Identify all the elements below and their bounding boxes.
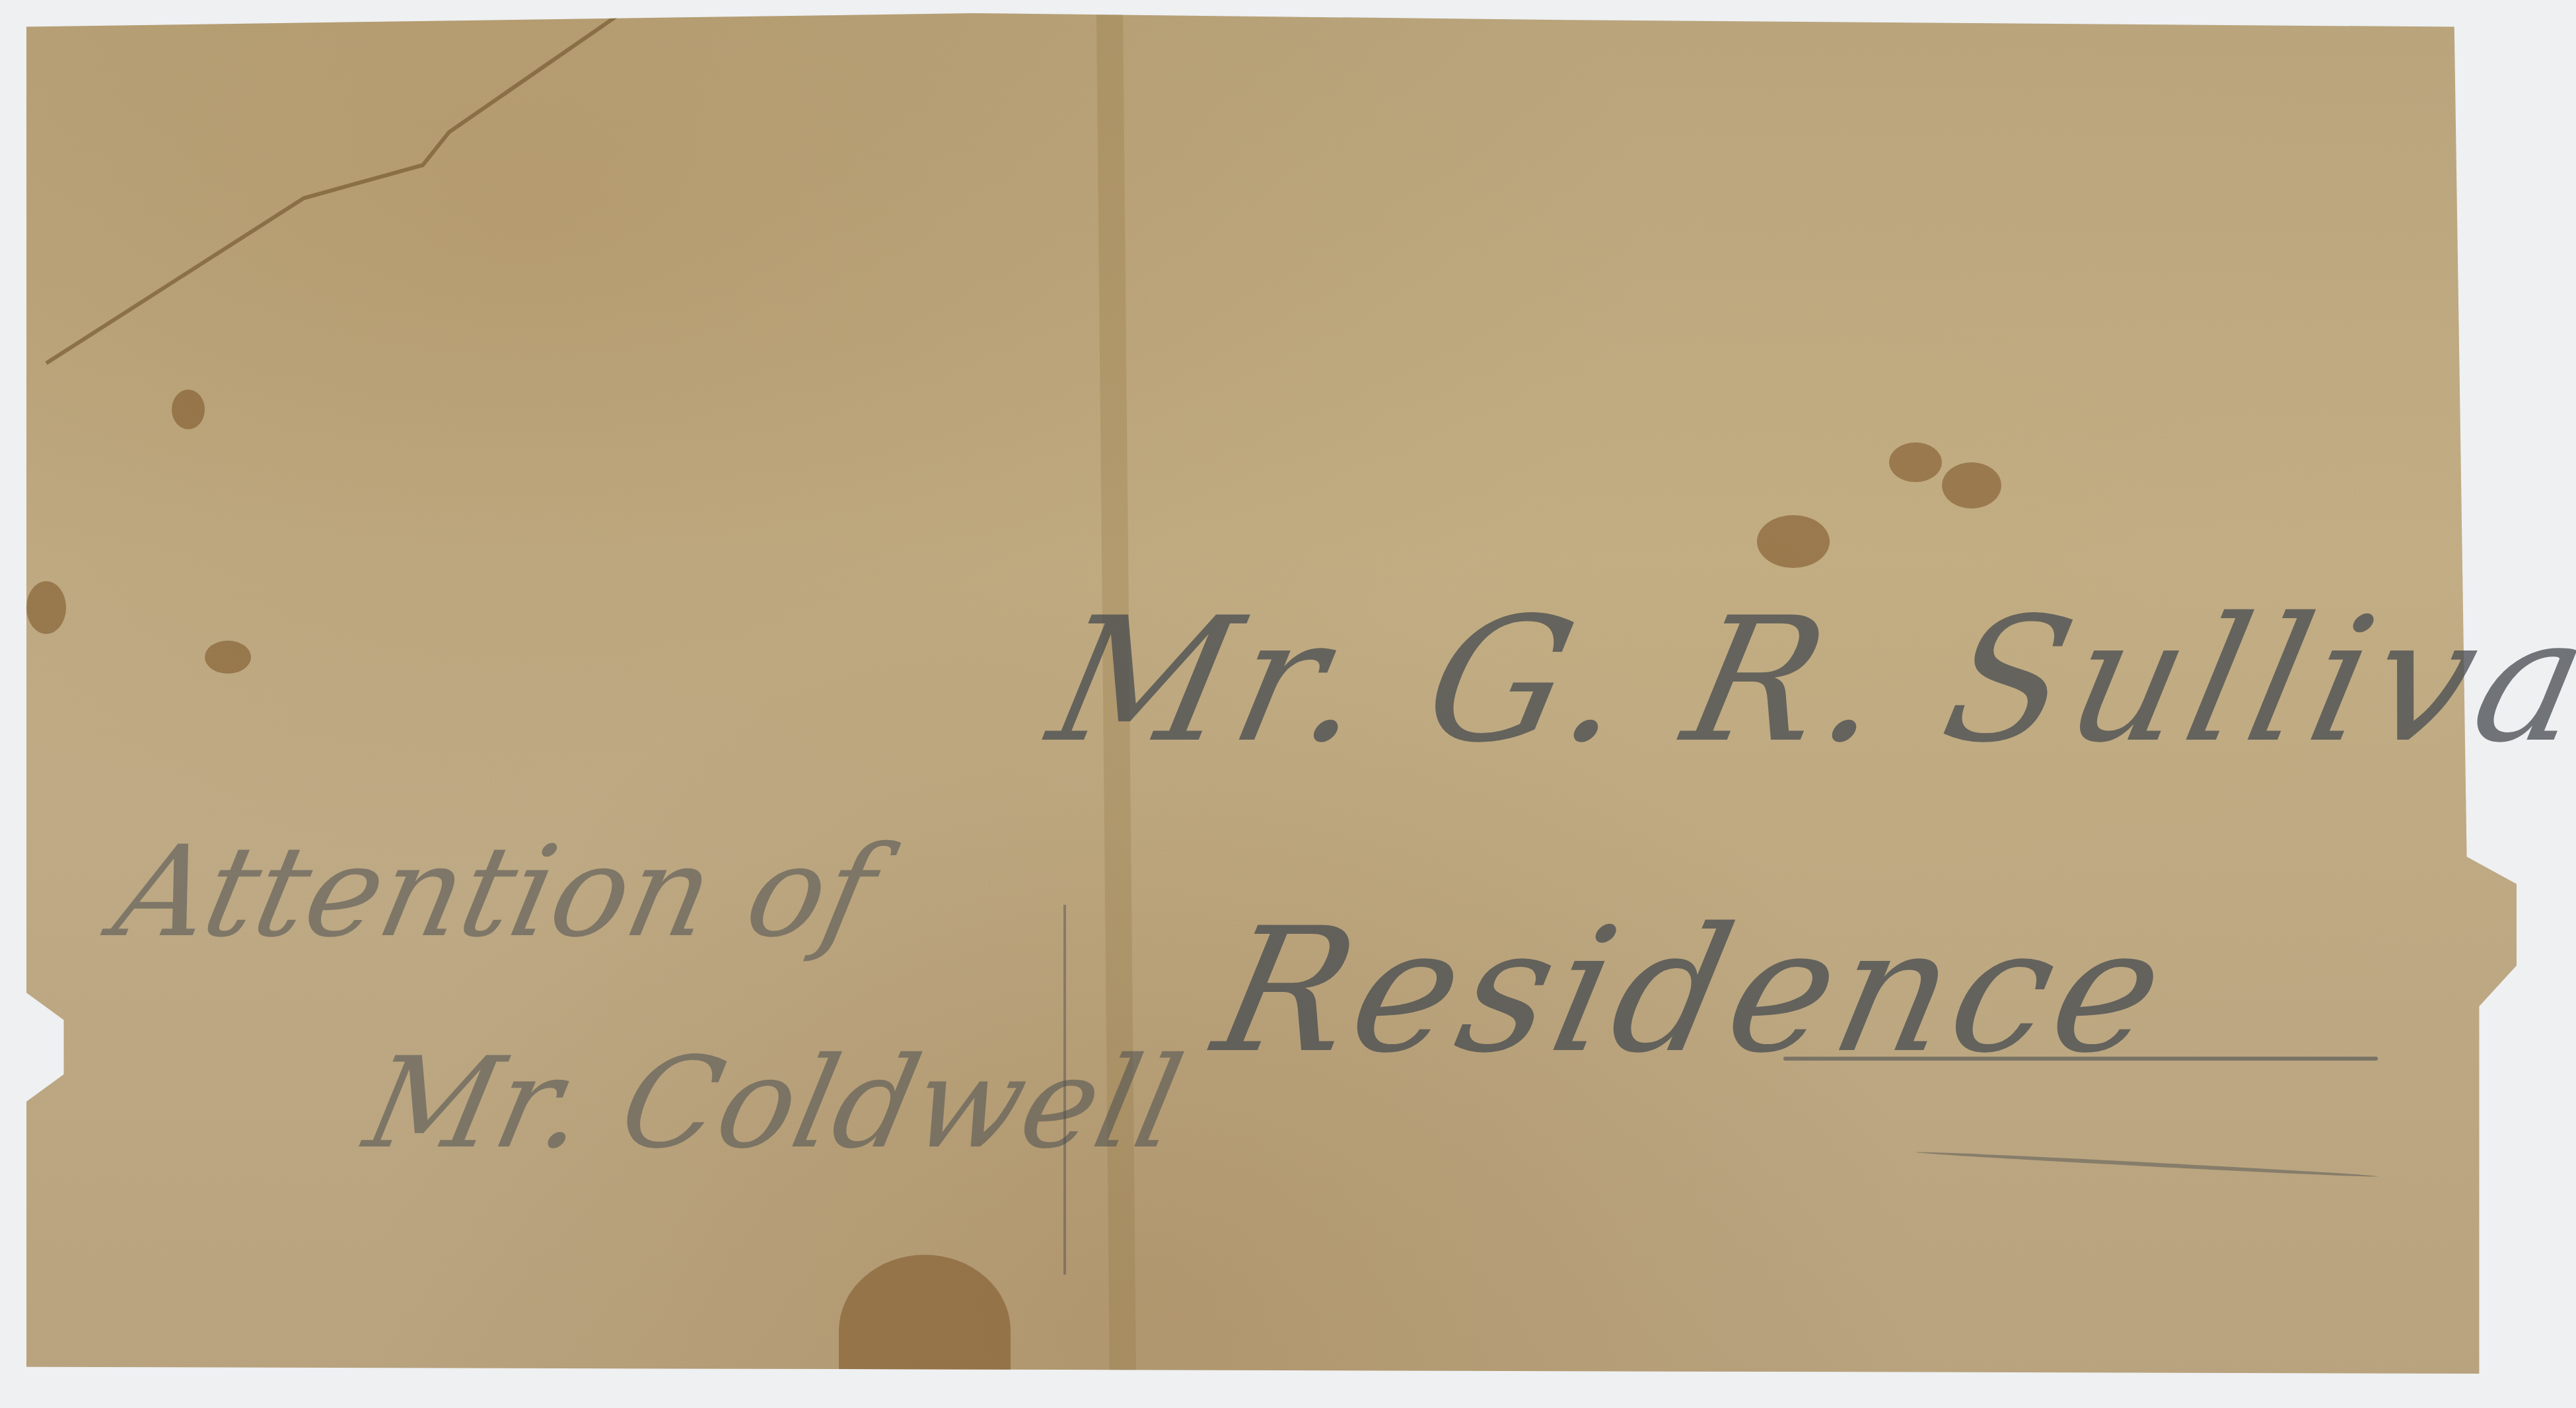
attention-line-2: Mr. Coldwell — [355, 1030, 1194, 1176]
location-line: Residence — [1201, 892, 2185, 1091]
underline-stroke — [1783, 1057, 2378, 1061]
ink-stain — [205, 641, 251, 674]
addressee-line: Mr. G. R. Sullivan — [1036, 581, 2576, 781]
ink-stain — [26, 581, 66, 634]
ink-stain — [172, 390, 205, 429]
ink-stain — [1757, 515, 1830, 568]
water-stain — [839, 1255, 1011, 1407]
attention-line-1: Attention of — [104, 819, 888, 965]
ink-stain — [1889, 442, 1942, 482]
ink-stain — [1942, 462, 2001, 509]
